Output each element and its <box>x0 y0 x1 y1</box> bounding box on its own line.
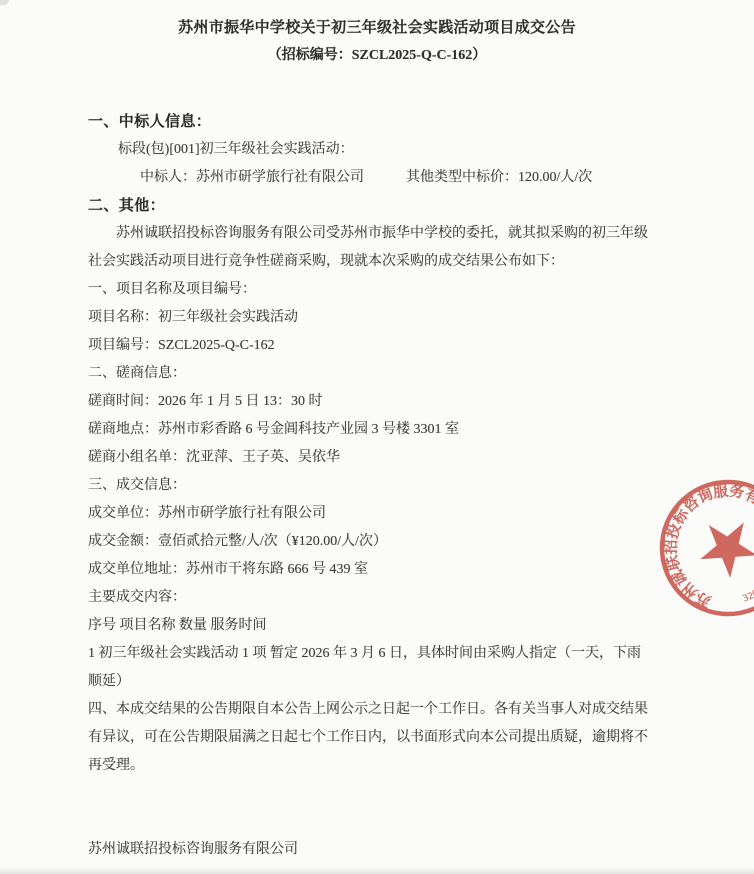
deal-content-label: 主要成交内容： <box>88 584 754 612</box>
announcement-document: 苏州市振华中学校关于初三年级社会实践活动项目成交公告 （招标编号：SZCL202… <box>0 0 754 874</box>
deal-unit: 成交单位：苏州市研学旅行社有限公司 <box>88 500 754 528</box>
bid-number: （招标编号：SZCL2025-Q-C-162） <box>0 42 754 70</box>
project-number: 项目编号：SZCL2025-Q-C-162 <box>88 332 754 360</box>
notice-line-3: 再受理。 <box>88 752 754 780</box>
item1-heading: 一、项目名称及项目编号： <box>88 276 754 304</box>
intro-line-1: 苏州诚联招投标咨询服务有限公司受苏州市振华中学校的委托，就其拟采购的初三年级 <box>88 220 754 248</box>
notice-line-2: 有异议，可在公告期限届满之日起七个工作日内，以书面形式向本公司提出质疑，逾期将不 <box>88 724 754 752</box>
winner-section-heading: 一、中标人信息： <box>88 108 754 136</box>
other-section-heading: 二、其他： <box>88 192 754 220</box>
document-title: 苏州市振华中学校关于初三年级社会实践活动项目成交公告 <box>0 14 754 42</box>
other-price: 其他类型中标价：120.00/人/次 <box>406 170 592 185</box>
lot-line: 标段(包)[001]初三年级社会实践活动： <box>88 136 754 164</box>
table-header: 序号 项目名称 数量 服务时间 <box>88 612 754 640</box>
table-row-line-1: 1 初三年级社会实践活动 1 项 暂定 2026 年 3 月 6 日，具体时间由… <box>88 640 754 668</box>
consult-place: 磋商地点：苏州市彩香路 6 号金阊科技产业园 3 号楼 3301 室 <box>88 416 754 444</box>
intro-line-2: 社会实践活动项目进行竞争性磋商采购，现就本次采购的成交结果公布如下： <box>88 248 754 276</box>
item3-heading: 三、成交信息： <box>88 472 754 500</box>
winner-line: 中标人：苏州市研学旅行社有限公司其他类型中标价：120.00/人/次 <box>88 164 754 192</box>
project-name: 项目名称：初三年级社会实践活动 <box>88 304 754 332</box>
document-header: 苏州市振华中学校关于初三年级社会实践活动项目成交公告 （招标编号：SZCL202… <box>0 0 754 70</box>
agency-signature: 苏州诚联招投标咨询服务有限公司 <box>88 836 754 864</box>
winner-name: 中标人：苏州市研学旅行社有限公司 <box>140 170 364 185</box>
document-body: 一、中标人信息： 标段(包)[001]初三年级社会实践活动： 中标人：苏州市研学… <box>0 108 754 864</box>
scan-bottom-edge <box>0 867 754 874</box>
deal-address: 成交单位地址：苏州市干将东路 666 号 439 室 <box>88 556 754 584</box>
notice-line-1: 四、本成交结果的公告期限自本公告上网公示之日起一个工作日。各有关当事人对成交结果 <box>88 696 754 724</box>
consult-panel: 磋商小组名单：沈亚萍、王子英、吴依华 <box>88 444 754 472</box>
consult-time: 磋商时间：2026 年 1 月 5 日 13：30 时 <box>88 388 754 416</box>
table-row-line-2: 顺延） <box>88 668 754 696</box>
deal-amount: 成交金额：壹佰贰拾元整/人/次（¥120.00/人/次） <box>88 528 754 556</box>
item2-heading: 二、磋商信息： <box>88 360 754 388</box>
